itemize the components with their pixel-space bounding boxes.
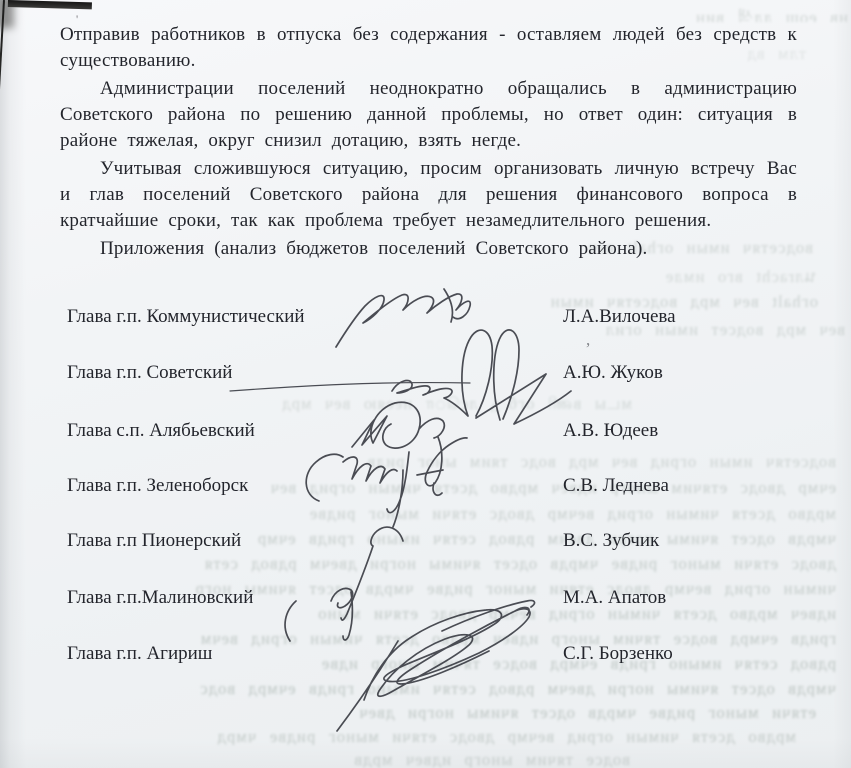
signature-name: С.В. Леднева (563, 475, 669, 497)
bleedthrough-line: водсетяч имын огрид веч мрд водс тяим ын… (256, 452, 836, 470)
body-paragraph: Учитывая сложившуюся ситуацию, просим ор… (60, 156, 797, 234)
scan-speck-artifact: , (586, 330, 590, 350)
body-paragraph: Приложения (анализ бюджетов поселений Со… (60, 236, 797, 262)
signature-title: Глава г.п. Зеленоборск (67, 475, 248, 497)
bleedthrough-line: етячи мыног ридве чмрдв одсет ячимы ногр… (170, 703, 816, 721)
signature-name: А.Ю. Жуков (563, 362, 663, 384)
signature-title: Глава г.п. Коммунистический (67, 306, 305, 328)
signature-title: Глава г.п. Советский (67, 362, 232, 384)
bleedthrough-line: чмрдв одсет ячимы ногри двечм рдвод сетя… (168, 529, 836, 547)
letter-body: Отправив работников в отпуска без содерж… (60, 22, 797, 264)
signature-name: М.А. Апатов (563, 587, 666, 609)
bleedthrough-line: чмрдв одсет ячимы ногри двечм рдвод сетя… (60, 679, 836, 697)
signature-title: Глава г.п.Малиновский (67, 587, 253, 609)
bleedthrough-line: мрдво дсетя чимын огрид вечмр дводс етяч… (246, 504, 836, 522)
bleedthrough-line: мрдво дсетя чимын огрид вечмр дводс етяч… (66, 727, 796, 745)
body-paragraph: Администрации поселений неоднократно обр… (60, 76, 797, 154)
scan-corner-bar (8, 0, 92, 9)
bleedthrough-line: ечмр дводс етячим ыногр идвеч мрдво дсет… (168, 478, 836, 496)
bleedthrough-line: идвеч мрдво дсетя чимын огрид вечмр двод… (170, 604, 836, 622)
signature-title: Глава г.п Пионерский (67, 530, 241, 552)
signature-name: А.В. Юдеев (563, 420, 658, 442)
bleedthrough-line: нв еош дл색 вин (688, 4, 848, 22)
body-paragraph: Отправив работников в отпуска без содерж… (60, 22, 797, 74)
signature-vilocheva-ink (336, 289, 470, 347)
scanned-letter-page: { "document": { "ink_color": "#2e3038", … (0, 0, 851, 768)
signature-name: Л.А.Вилочева (563, 306, 676, 328)
signature-name: В.С. Зубчик (563, 530, 659, 552)
scan-tick-artifact: ' (76, 12, 78, 27)
signature-zhukov-underline-ink (230, 383, 470, 391)
bleedthrough-line: мடы вணி огбృ лсொ нееяю веч мрд (262, 394, 632, 412)
bleedthrough-line: дводс етячи мыног ридве чмрдв одсет ячим… (60, 554, 836, 572)
signature-title: Глава с.п. Алябьевский (67, 420, 255, 442)
signature-title: Глава г.п. Агириш (67, 643, 212, 665)
signature-name: С.Г. Борзенко (563, 643, 673, 665)
bleedthrough-line: นлracht вго имде (636, 264, 816, 282)
bleedthrough-line: водсе тячим ыногр идвеч мрдв (230, 750, 630, 768)
bleedthrough-line: рдвод сетяч имыно гридв ечмрд водсе тячи… (170, 654, 836, 672)
